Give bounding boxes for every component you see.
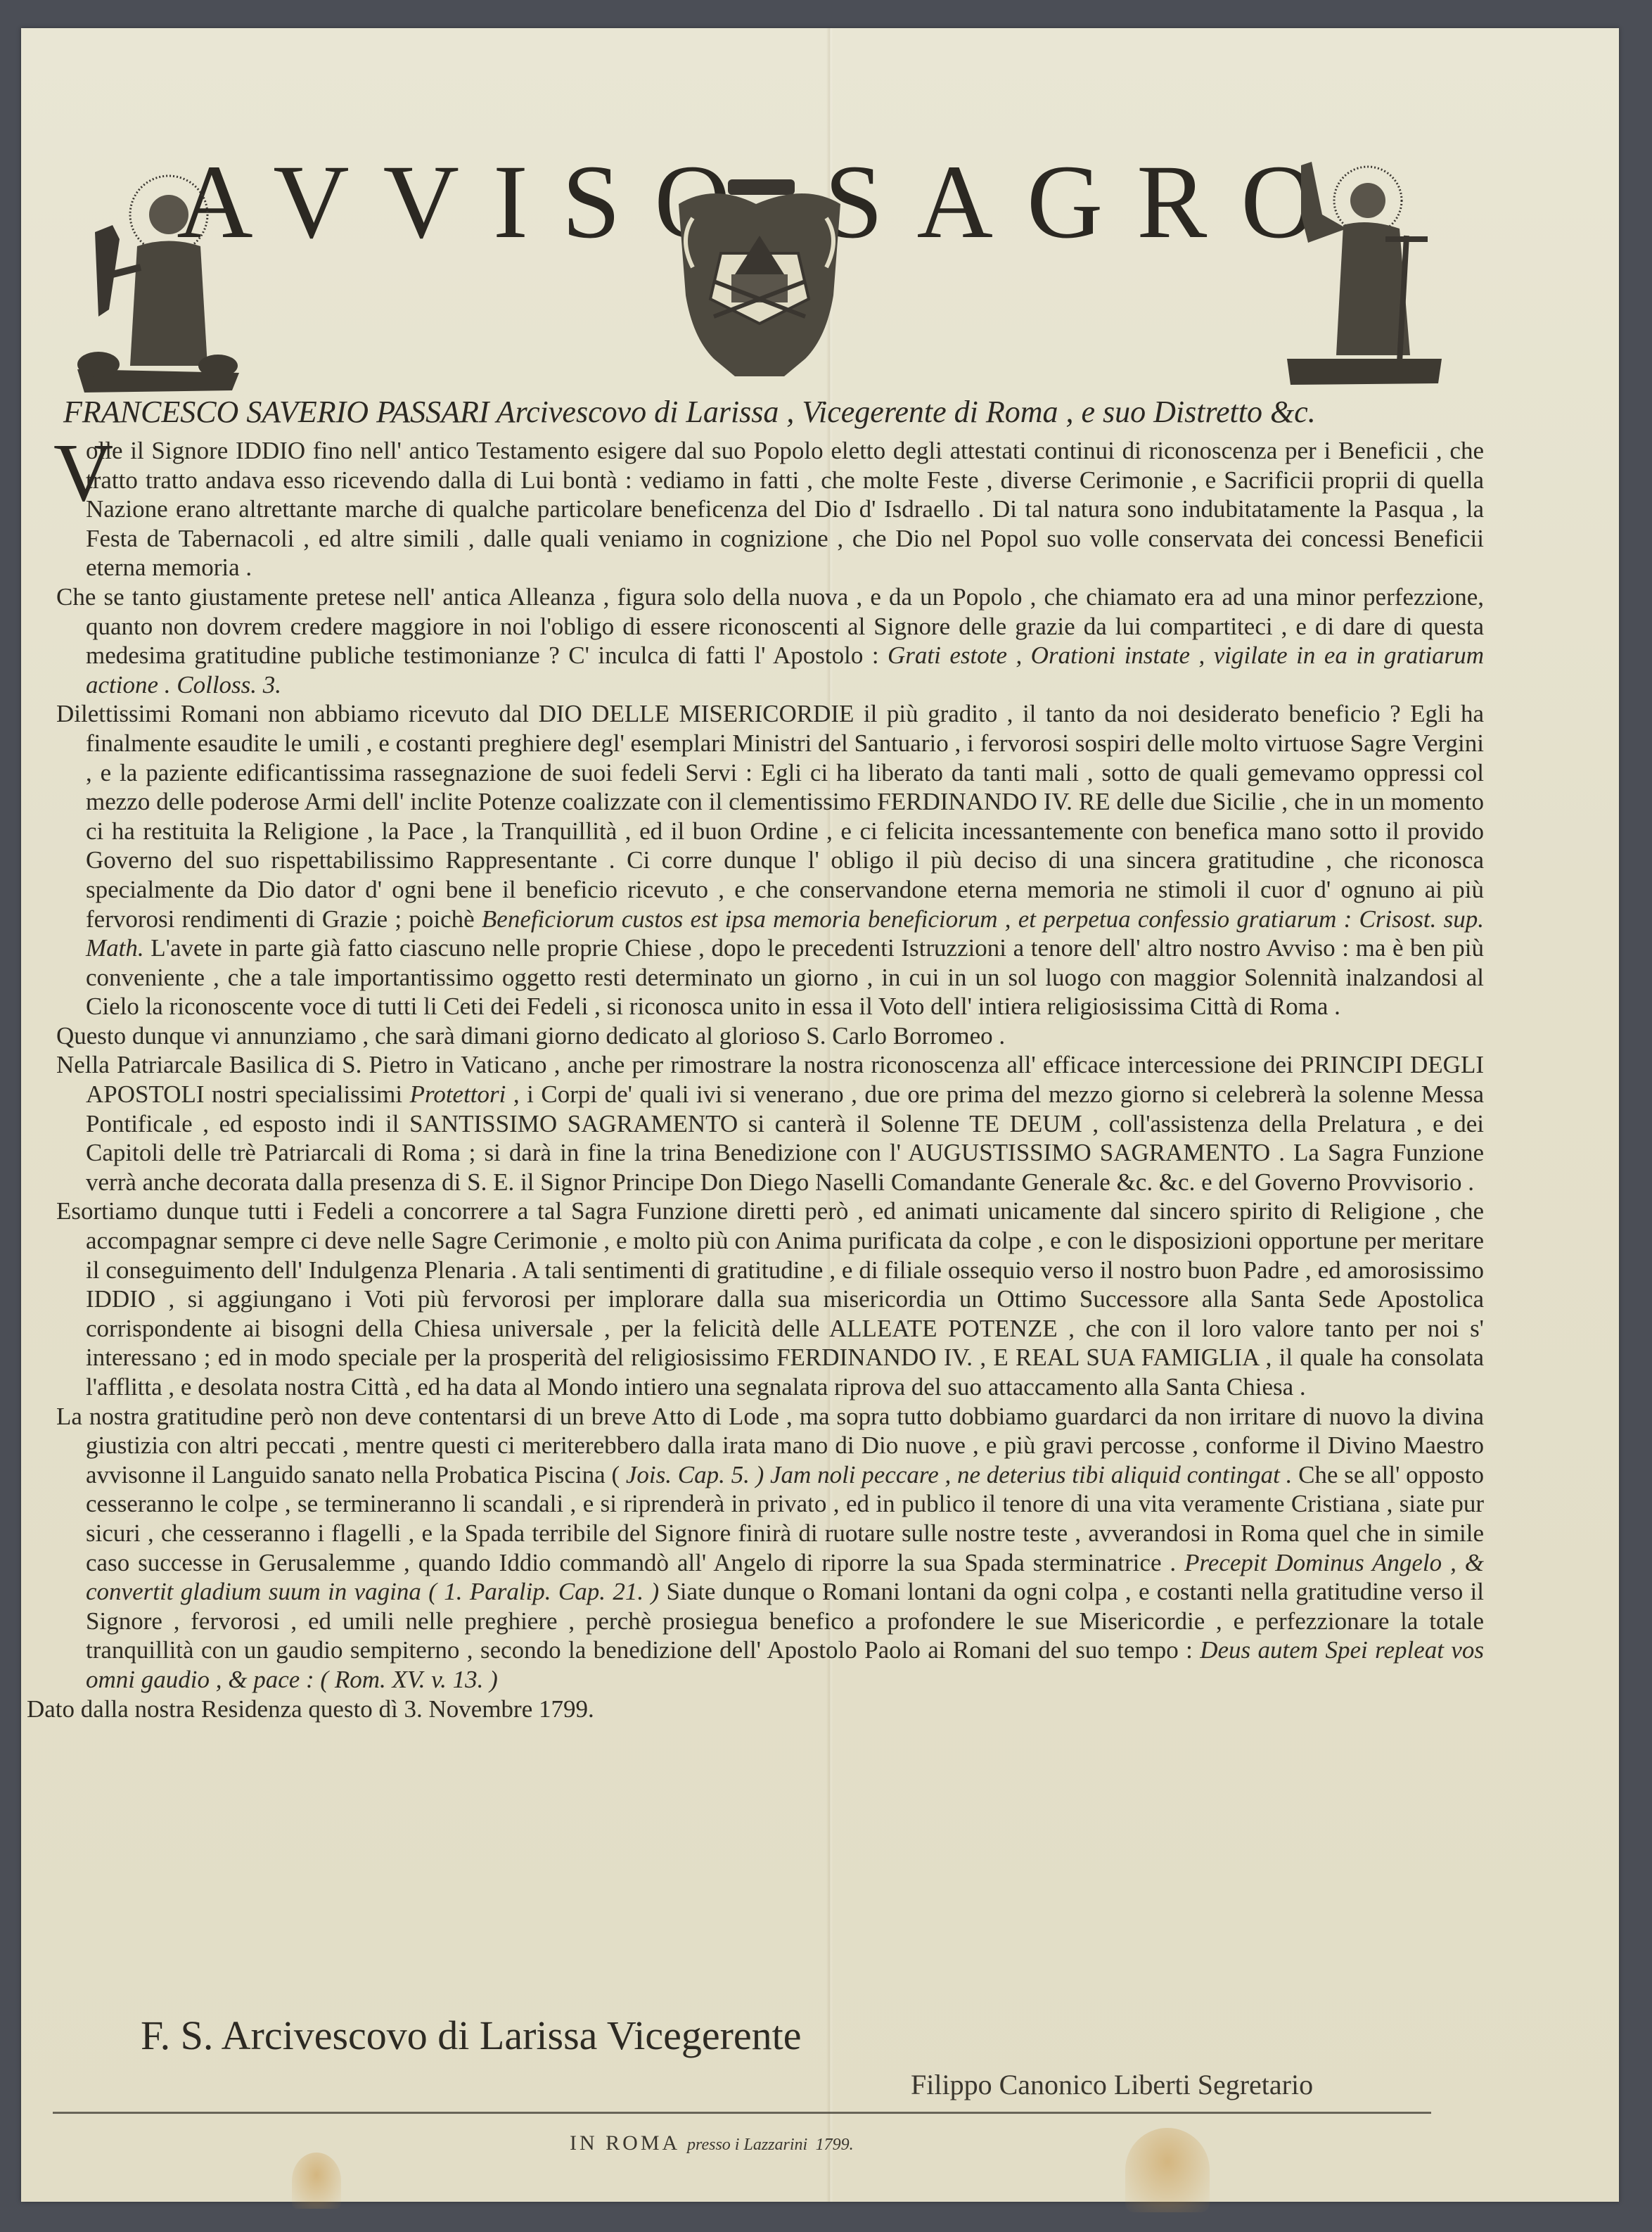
- horizontal-rule: [53, 2112, 1431, 2114]
- imprint-place: IN ROMA: [570, 2131, 679, 2155]
- woodcut-saint-left-icon: [70, 169, 246, 401]
- water-stain-left: [292, 2153, 341, 2209]
- paragraph-2: Che se tanto giustamente pretese nell' a…: [56, 582, 1484, 699]
- paragraph-1: V olle il Signore IDDIO fino nell' antic…: [56, 436, 1484, 582]
- paragraph-6: Esortiamo dunque tutti i Fedeli a concor…: [56, 1197, 1484, 1401]
- drop-cap: V: [53, 438, 113, 508]
- protettori-italic: Protettori: [410, 1080, 506, 1108]
- water-stain-right: [1125, 2128, 1210, 2212]
- paragraph-3-text-cont: L'avete in parte già fatto ciascuno nell…: [86, 934, 1484, 1020]
- paragraph-5: Nella Patriarcale Basilica di S. Pietro …: [56, 1050, 1484, 1197]
- printer-imprint: IN ROMA presso i Lazzarini 1799.: [570, 2131, 854, 2155]
- issuer-heading: FRANCESCO SAVERIO PASSARI Arcivescovo di…: [63, 394, 1575, 430]
- quote-john: Jois. Cap. 5. ) Jam noli peccare , ne de…: [626, 1461, 1292, 1488]
- paragraph-1-text: olle il Signore IDDIO fino nell' antico …: [86, 437, 1484, 581]
- broadsheet-page: AVVISO SAGRO: [21, 28, 1619, 2202]
- woodcut-saint-right-icon: [1280, 151, 1449, 390]
- coat-of-arms-icon: [665, 176, 854, 380]
- paragraph-6-text: Esortiamo dunque tutti i Fedeli a concor…: [56, 1197, 1484, 1401]
- paragraph-4: Questo dunque vi annunziamo , che sarà d…: [56, 1021, 1484, 1051]
- notice-body: V olle il Signore IDDIO fino nell' antic…: [56, 436, 1484, 1723]
- date-line: Dato dalla nostra Residenza questo dì 3.…: [56, 1695, 1484, 1724]
- paragraph-3: Dilettissimi Romani non abbiamo ricevuto…: [56, 699, 1484, 1021]
- archbishop-signature: F. S. Arcivescovo di Larissa Vicegerente: [141, 2012, 802, 2059]
- paragraph-7: La nostra gratitudine però non deve cont…: [56, 1402, 1484, 1695]
- paragraph-4-text: Questo dunque vi annunziamo , che sarà d…: [56, 1022, 1005, 1050]
- imprint-printer: presso i Lazzarini: [687, 2136, 807, 2154]
- imprint-year: 1799.: [816, 2136, 854, 2154]
- secretary-signature: Filippo Canonico Liberti Segretario: [911, 2068, 1313, 2101]
- paragraph-3-text: Dilettissimi Romani non abbiamo ricevuto…: [56, 700, 1484, 932]
